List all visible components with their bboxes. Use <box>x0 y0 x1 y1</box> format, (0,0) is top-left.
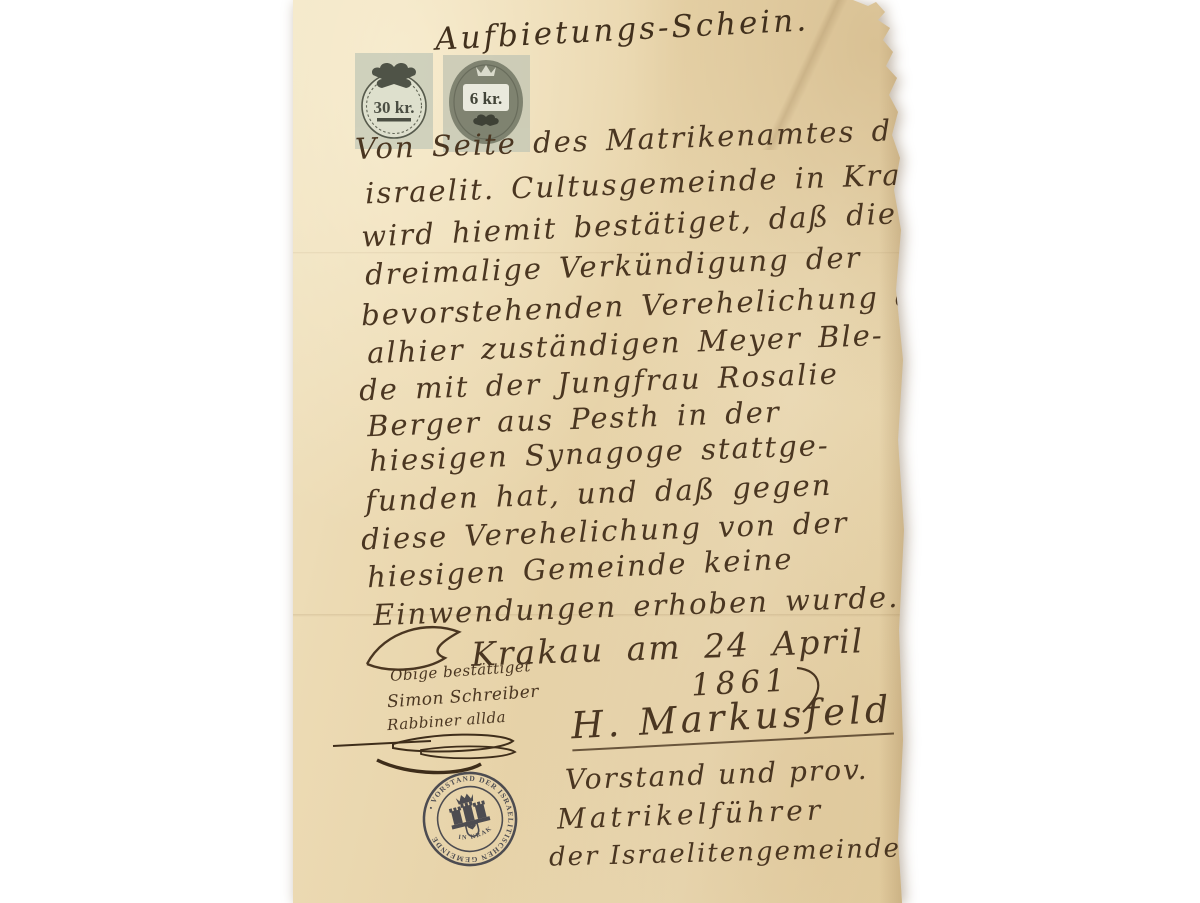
quill-flourish <box>331 722 541 780</box>
signature-role-line: Vorstand und prov. <box>565 753 869 797</box>
stamp-underline <box>377 118 411 122</box>
stamp-value-text: 30 kr. <box>374 98 415 117</box>
stamp-value-text: 6 kr. <box>470 89 502 108</box>
attestation-line: Simon Schreiber <box>386 682 539 713</box>
signature-name: H. Markusfeld <box>570 688 894 752</box>
document-paper: Aufbietungs-Schein. 30 kr. <box>293 0 905 903</box>
signature-role-line: der Israelitengemeinde <box>549 833 902 872</box>
document-paper-wrap: Aufbietungs-Schein. 30 kr. <box>293 0 905 903</box>
signature-role-line: Matrikelführer <box>557 793 825 835</box>
body-line: Von Seite des Matrikenamtes der <box>355 112 928 166</box>
document-title: Aufbietungs-Schein. <box>434 2 810 58</box>
photo-canvas: Aufbietungs-Schein. 30 kr. <box>0 0 1200 903</box>
